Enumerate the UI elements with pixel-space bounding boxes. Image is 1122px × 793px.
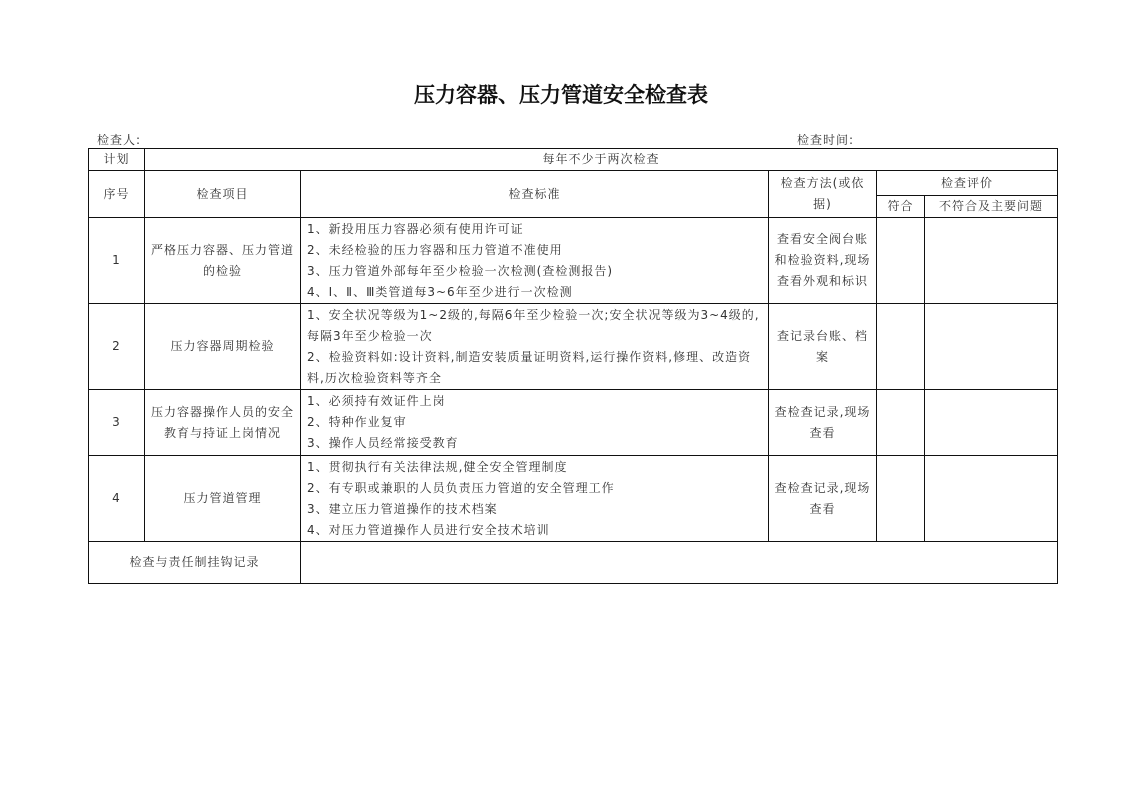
standard-line: 4、对压力管道操作人员进行安全技术培训 xyxy=(307,520,768,541)
row-seq: 2 xyxy=(89,304,145,390)
header-row: 序号 检查项目 检查标准 检查方法(或依据) 检查评价 xyxy=(89,171,1058,196)
row-method-text: 查检查记录,现场查看 xyxy=(769,402,876,444)
header-item: 检查项目 xyxy=(145,171,301,218)
row-method: 查检查记录,现场查看 xyxy=(769,390,877,456)
row-conform-cell[interactable] xyxy=(877,456,925,542)
row-item: 压力容器操作人员的安全教育与持证上岗情况 xyxy=(145,390,301,456)
plan-label: 计划 xyxy=(89,149,145,171)
table-row: 4 压力管道管理 1、贯彻执行有关法律法规,健全安全管理制度 2、有专职或兼职的… xyxy=(89,456,1058,542)
row-seq: 3 xyxy=(89,390,145,456)
row-nonconform-cell[interactable] xyxy=(925,390,1058,456)
standard-line: 3、建立压力管道操作的技术档案 xyxy=(307,499,768,520)
header-method-text: 检查方法(或依据) xyxy=(769,173,876,215)
standard-line: 2、特种作业复审 xyxy=(307,412,768,433)
row-seq: 1 xyxy=(89,218,145,304)
standard-line: 1、安全状况等级为1~2级的,每隔6年至少检验一次;安全状况等级为3~4级的,每… xyxy=(307,305,764,347)
row-seq: 4 xyxy=(89,456,145,542)
standard-line: 3、压力管道外部每年至少检验一次检测(查检测报告) xyxy=(307,261,768,282)
plan-value: 每年不少于两次检查 xyxy=(145,149,1058,171)
standard-line: 1、必须持有效证件上岗 xyxy=(307,391,768,412)
header-nonconform: 不符合及主要问题 xyxy=(925,196,1058,218)
table-row: 2 压力容器周期检验 1、安全状况等级为1~2级的,每隔6年至少检验一次;安全状… xyxy=(89,304,1058,390)
row-standards: 1、贯彻执行有关法律法规,健全安全管理制度 2、有专职或兼职的人员负责压力管道的… xyxy=(301,456,769,542)
row-item-text: 压力容器操作人员的安全教育与持证上岗情况 xyxy=(145,402,300,444)
row-nonconform-cell[interactable] xyxy=(925,218,1058,304)
footer-row: 检查与责任制挂钩记录 xyxy=(89,542,1058,584)
row-nonconform-cell[interactable] xyxy=(925,456,1058,542)
row-method-text: 查记录台账、档案 xyxy=(769,326,876,368)
footer-value-cell[interactable] xyxy=(301,542,1058,584)
row-standards: 1、新投用压力容器必须有使用许可证 2、未经检验的压力容器和压力管道不准使用 3… xyxy=(301,218,769,304)
row-nonconform-cell[interactable] xyxy=(925,304,1058,390)
header-evaluation: 检查评价 xyxy=(877,171,1058,196)
standard-line: 1、贯彻执行有关法律法规,健全安全管理制度 xyxy=(307,457,768,478)
standard-line: 2、检验资料如:设计资料,制造安装质量证明资料,运行操作资料,修理、改造资料,历… xyxy=(307,347,764,389)
standard-line: 4、Ⅰ、Ⅱ、Ⅲ类管道每3~6年至少进行一次检测 xyxy=(307,282,768,303)
header-conform: 符合 xyxy=(877,196,925,218)
inspection-time-label: 检查时间: xyxy=(797,131,854,148)
inspector-label: 检查人: xyxy=(97,131,141,148)
row-item: 严格压力容器、压力管道的检验 xyxy=(145,218,301,304)
standard-line: 2、有专职或兼职的人员负责压力管道的安全管理工作 xyxy=(307,478,768,499)
row-item-text: 压力管道管理 xyxy=(145,488,300,509)
row-item: 压力容器周期检验 xyxy=(145,304,301,390)
row-method-text: 查检查记录,现场查看 xyxy=(769,478,876,520)
row-conform-cell[interactable] xyxy=(877,218,925,304)
row-conform-cell[interactable] xyxy=(877,390,925,456)
header-seq: 序号 xyxy=(89,171,145,218)
table-row: 3 压力容器操作人员的安全教育与持证上岗情况 1、必须持有效证件上岗 2、特种作… xyxy=(89,390,1058,456)
row-standards: 1、安全状况等级为1~2级的,每隔6年至少检验一次;安全状况等级为3~4级的,每… xyxy=(301,304,769,390)
row-method-text: 查看安全阀台账和检验资料,现场查看外观和标识 xyxy=(769,229,876,292)
row-item-text: 严格压力容器、压力管道的检验 xyxy=(145,240,300,282)
footer-label: 检查与责任制挂钩记录 xyxy=(89,542,301,584)
table-row: 1 严格压力容器、压力管道的检验 1、新投用压力容器必须有使用许可证 2、未经检… xyxy=(89,218,1058,304)
row-item: 压力管道管理 xyxy=(145,456,301,542)
standard-line: 2、未经检验的压力容器和压力管道不准使用 xyxy=(307,240,768,261)
standard-line: 1、新投用压力容器必须有使用许可证 xyxy=(307,219,768,240)
row-method: 查检查记录,现场查看 xyxy=(769,456,877,542)
row-standards: 1、必须持有效证件上岗 2、特种作业复审 3、操作人员经常接受教育 xyxy=(301,390,769,456)
row-method: 查记录台账、档案 xyxy=(769,304,877,390)
header-standard: 检查标准 xyxy=(301,171,769,218)
row-method: 查看安全阀台账和检验资料,现场查看外观和标识 xyxy=(769,218,877,304)
plan-row: 计划 每年不少于两次检查 xyxy=(89,149,1058,171)
row-item-text: 压力容器周期检验 xyxy=(145,336,300,357)
row-conform-cell[interactable] xyxy=(877,304,925,390)
page-title: 压力容器、压力管道安全检查表 xyxy=(0,79,1122,109)
standard-line: 3、操作人员经常接受教育 xyxy=(307,433,768,454)
inspection-table: 计划 每年不少于两次检查 序号 检查项目 检查标准 检查方法(或依据) 检查评价… xyxy=(88,148,1058,584)
header-method: 检查方法(或依据) xyxy=(769,171,877,218)
